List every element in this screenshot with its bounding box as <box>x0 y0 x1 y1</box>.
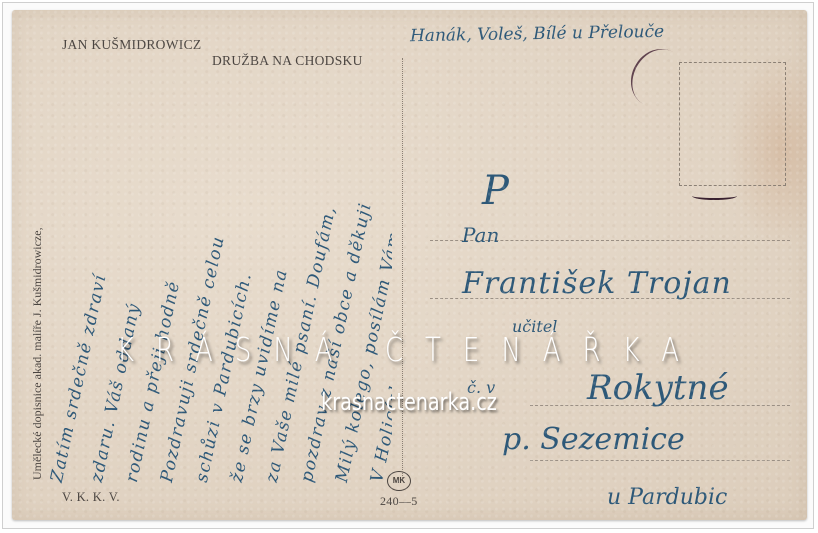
handwritten-salutation: Pan <box>462 223 499 247</box>
series-code: 240—5 <box>380 494 418 509</box>
handwritten-message: V Holicích 16. Dubna 1931 Milý kolego, p… <box>32 70 392 490</box>
recipient-region: u Pardubic <box>607 485 727 510</box>
publisher-code: V. K. K. V. <box>62 490 120 505</box>
handwritten-top-note: Hanák, Voleš, Bílé u Přelouče <box>410 22 664 46</box>
watermark-title: KRÁSNÁ ČTENÁŘKA <box>0 332 818 370</box>
stamp-box <box>679 62 786 186</box>
artwork-title: DRUŽBA NA CHODSKU <box>212 53 363 69</box>
postmark-smudge-icon <box>692 192 737 200</box>
artist-name: JAN KUŠMIDROWICZ <box>62 37 201 53</box>
address-line-4 <box>530 460 790 461</box>
handwritten-flourish: P <box>482 168 509 214</box>
recipient-name: František Trojan <box>462 266 732 301</box>
recipient-post-office: p. Sezemice <box>502 422 685 457</box>
postcard: JAN KUŠMIDROWICZ DRUŽBA NA CHODSKU Uměle… <box>12 10 807 520</box>
watermark-url: krasnactenarka.cz <box>82 388 736 416</box>
